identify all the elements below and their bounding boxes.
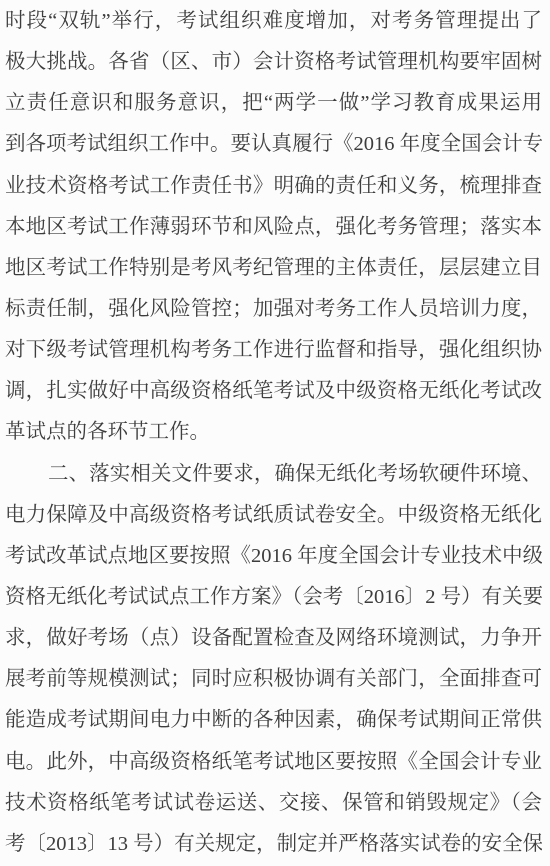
text-line: 标责任制，强化风险管控；加强对考务工作人员培训力度， [5,289,542,330]
text-line: 时段“双轨”举行，考试组织难度增加，对考务管理提出了 [5,1,542,42]
text-line: 考试改革试点地区要按照《2016 年度全国会计专业技术中级 [5,536,542,577]
text-line: 资格无纸化考试试点工作方案》（会考〔2016〕2 号）有关要 [5,577,542,618]
text-line: 到各项考试组织工作中。要认真履行《2016 年度全国会计专 [5,124,542,165]
text-line: 电力保障及中高级资格考试纸质试卷安全。中级资格无纸化 [5,495,542,536]
text-line: 展考前等规模测试；同时应积极协调有关部门，全面排查可 [5,659,542,700]
text-line: 求，做好考场（点）设备配置检查及网络环境测试，力争开 [5,618,542,659]
text-line: 极大挑战。各省（区、市）会计资格考试管理机构要牢固树 [5,42,542,83]
text-line: 二、落实相关文件要求，确保无纸化考场软硬件环境、 [5,454,542,495]
text-line: 电。此外，中高级资格纸笔考试地区要按照《全国会计专业 [5,742,542,783]
text-line: 技术资格纸笔考试试卷运送、交接、保管和销毁规定》（会 [5,783,542,824]
text-line: 本地区考试工作薄弱环节和风险点，强化考务管理；落实本 [5,207,542,248]
text-line: 立责任意识和服务意识，把“两学一做”学习教育成果运用 [5,83,542,124]
text-line: 考〔2013〕13 号）有关规定，制定并严格落实试卷的安全保 [5,824,542,865]
text-line: 对下级考试管理机构考务工作进行监督和指导，强化组织协 [5,330,542,371]
document-page: 时段“双轨”举行，考试组织难度增加，对考务管理提出了极大挑战。各省（区、市）会计… [0,0,550,866]
text-line: 调，扎实做好中高级资格纸笔考试及中级资格无纸化考试改 [5,371,542,412]
text-line: 能造成考试期间电力中断的各种因素，确保考试期间正常供 [5,700,542,741]
text-line: 业技术资格考试工作责任书》明确的责任和义务，梳理排查 [5,166,542,207]
document-text: 时段“双轨”举行，考试组织难度增加，对考务管理提出了极大挑战。各省（区、市）会计… [5,1,542,865]
text-line: 革试点的各环节工作。 [5,412,542,453]
text-line: 地区考试工作特别是考风考纪管理的主体责任，层层建立目 [5,248,542,289]
